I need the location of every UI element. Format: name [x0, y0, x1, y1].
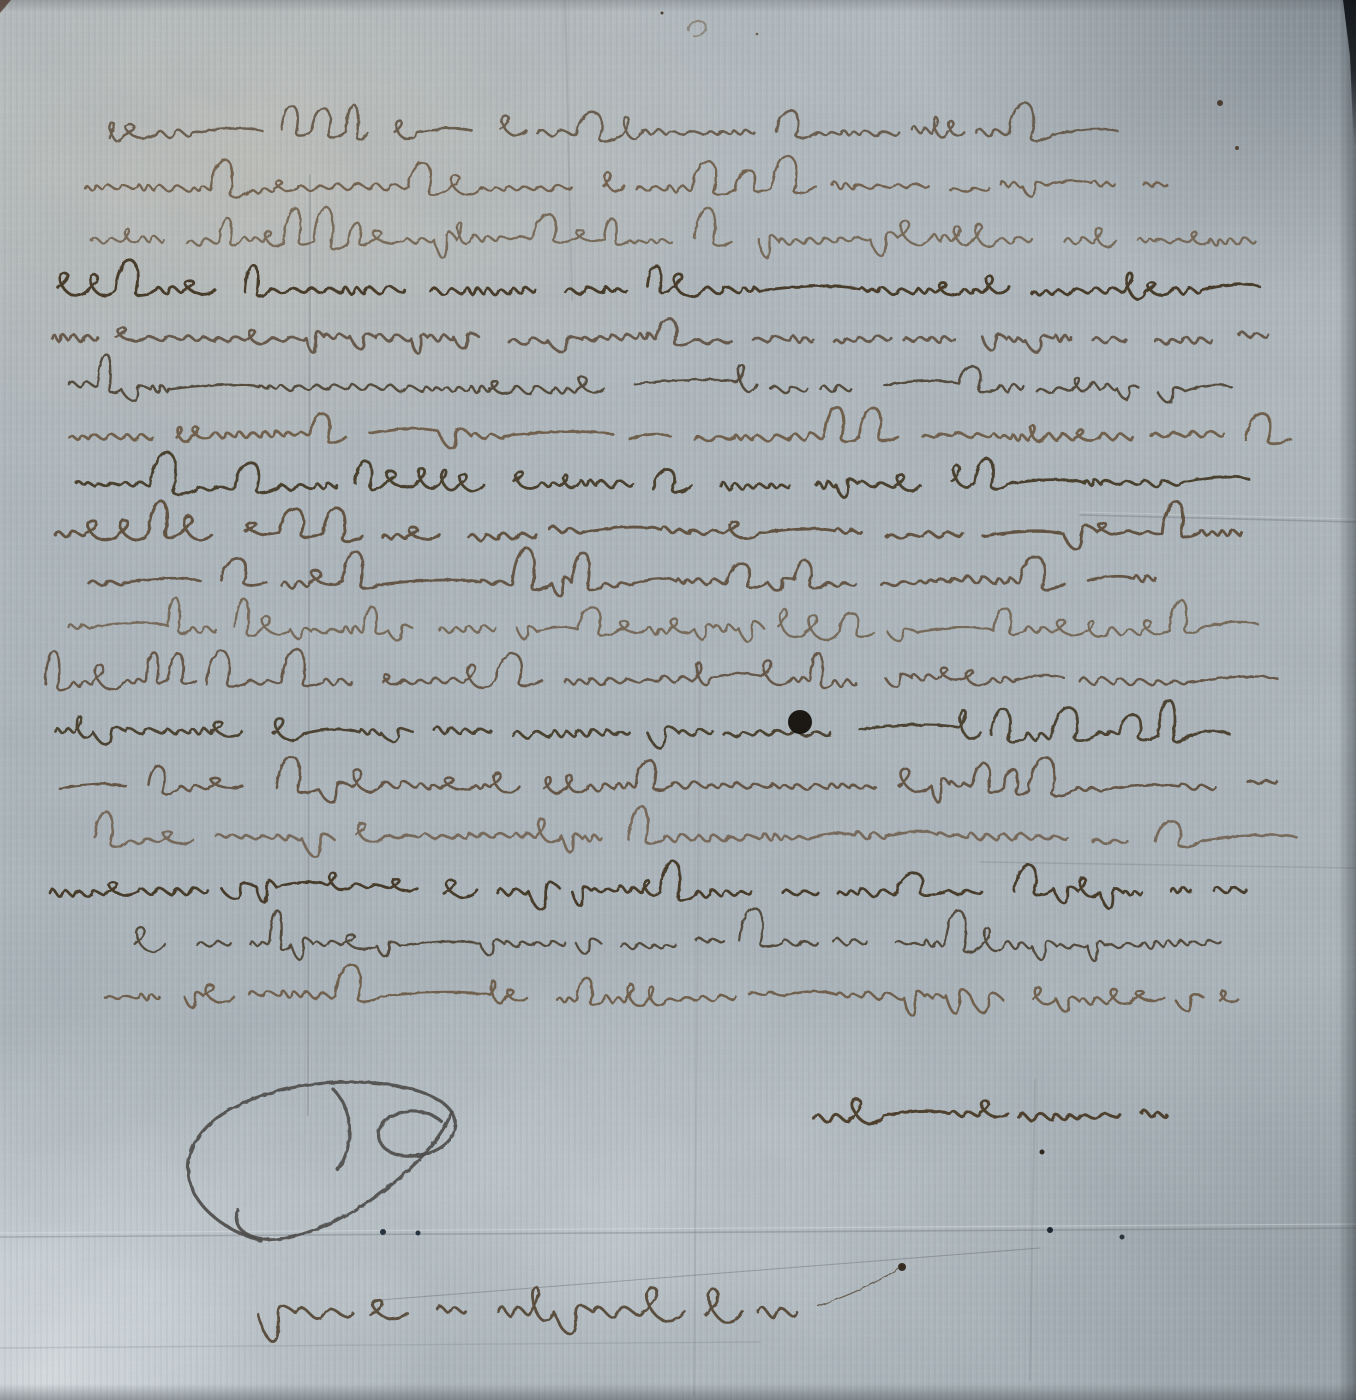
- paper-and-ink-overlay: [0, 0, 1356, 1400]
- photo-edge-right-shadow: [1338, 0, 1356, 1400]
- photo-edge-bottom-shadow: [0, 1384, 1356, 1400]
- photo-edge-top-shadow: [0, 0, 1356, 12]
- manuscript-photo: [0, 0, 1356, 1400]
- paper-grain-texture: [0, 0, 1356, 1400]
